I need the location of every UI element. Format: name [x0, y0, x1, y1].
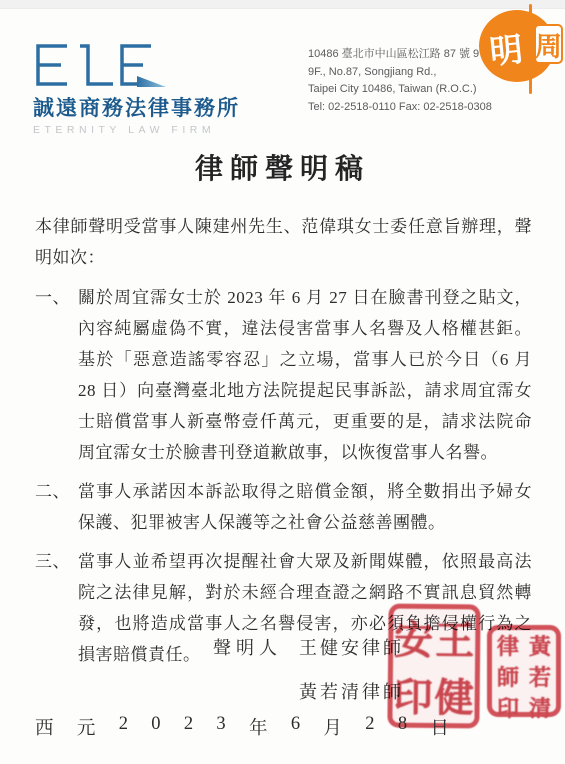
watermark-zhou-char: 周: [534, 24, 563, 64]
seal-2-char: 師: [497, 661, 519, 692]
date-char: 3: [216, 714, 225, 740]
date-char: 0: [151, 714, 160, 740]
seal-1-char: 王: [435, 610, 475, 666]
signature-block: 聲明人 王健安律師 黃若清律師: [213, 625, 404, 713]
statement-item-1: 一、 關於周宜霈女士於 2023 年 6 月 27 日在臉書刊登之貼文，內容純屬…: [35, 282, 532, 468]
phone-fax-line: Tel: 02-2518-0110 Fax: 02-2518-0308: [308, 99, 518, 117]
seal-2-char: 印: [497, 692, 519, 723]
date-char: 元: [77, 714, 96, 740]
signature-row-1: 聲明人 王健安律師: [213, 625, 404, 669]
seal-2-char: 律: [497, 630, 519, 661]
date-char: 2: [365, 714, 374, 740]
date-char: 6: [291, 714, 300, 740]
date-char: 8: [398, 714, 407, 740]
item-1-marker: 一、: [35, 282, 78, 468]
item-1-text: 關於周宜霈女士於 2023 年 6 月 27 日在臉書刊登之貼文，內容純屬虛偽不…: [78, 282, 532, 468]
signature-row-2: 黃若清律師: [213, 669, 404, 713]
date-char: 2: [184, 714, 193, 740]
firm-name-chinese: 誠遠商務法律事務所: [33, 92, 263, 122]
statement-item-2: 二、 當事人承諾因本訴訟取得之賠償金額，將全數捐出予婦女保護、犯罪被害人保護等之…: [35, 476, 532, 538]
ming-pao-weekly-watermark: 明 周: [479, 4, 563, 96]
declarant-label: 聲明人: [213, 634, 285, 660]
watermark-ming-char: 明: [483, 23, 530, 74]
lawyer-seal-wang-jian-an: 王 安 健 印: [387, 604, 480, 729]
law-firm-logo: 誠遠商務法律事務所 ETERNITY LAW FIRM: [33, 42, 263, 136]
date-char: 月: [323, 714, 342, 740]
seal-2-char: 黃: [529, 630, 551, 661]
date-char: 日: [430, 714, 449, 740]
date-char: 年: [249, 714, 268, 740]
item-2-text: 當事人承諾因本訴訟取得之賠償金額，將全數捐出予婦女保護、犯罪被害人保護等之社會公…: [78, 476, 532, 538]
date-char: 2: [119, 714, 128, 740]
statement-intro: 本律師聲明受當事人陳建州先生、范偉琪女士委任意旨辦理，聲明如次：: [35, 211, 532, 273]
firm-name-english: ETERNITY LAW FIRM: [33, 124, 263, 136]
seal-2-char: 若: [529, 661, 551, 692]
seal-1-char: 安: [394, 609, 434, 665]
watermark-divider-line: [529, 4, 532, 94]
seal-2-char: 清: [529, 692, 551, 723]
document-title: 律師聲明稿: [0, 147, 565, 187]
date-line: 西 元 2 0 2 3 年 6 月 2 8 日: [35, 714, 449, 740]
date-char: 西: [35, 714, 54, 740]
item-3-marker: 三、: [35, 546, 78, 670]
lawyer-seal-huang-ruo-qing: 黃 律 若 師 清 印: [487, 625, 561, 717]
item-2-marker: 二、: [35, 476, 78, 538]
ele-logo-icon: [33, 42, 168, 90]
